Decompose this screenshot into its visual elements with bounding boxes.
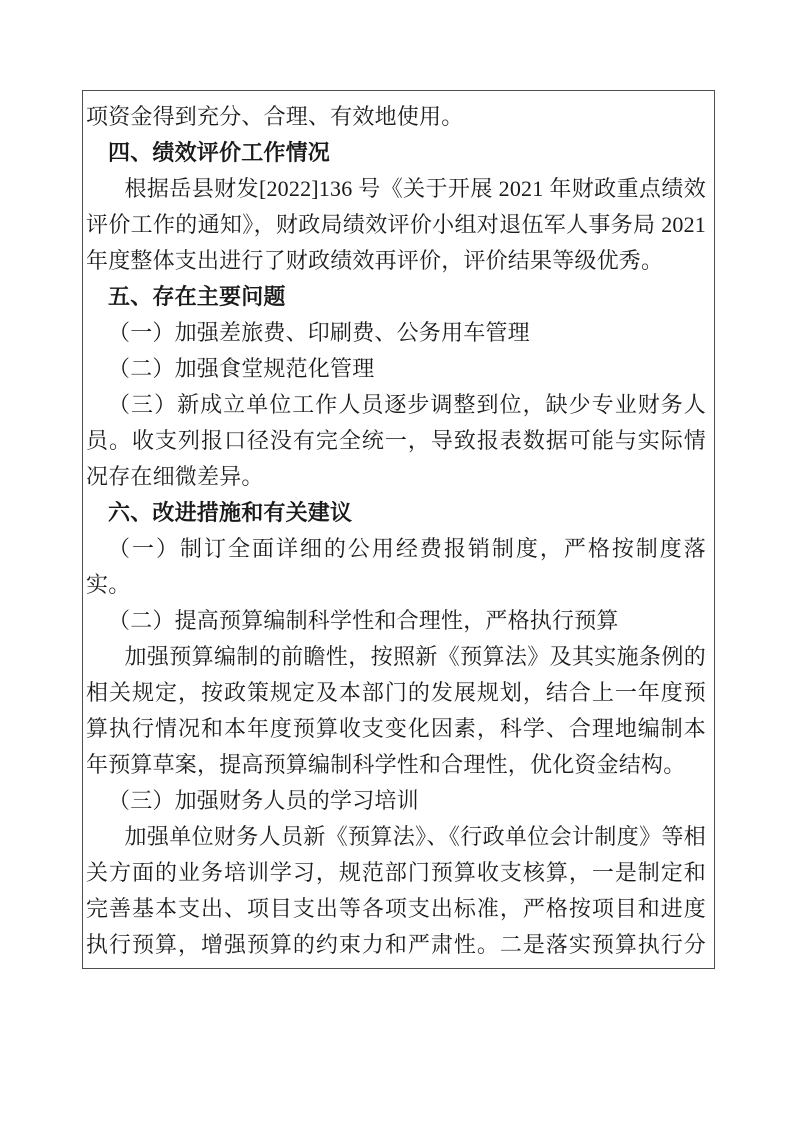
section-heading-6: 六、改进措施和有关建议 (86, 495, 706, 531)
section-heading-5: 五、存在主要问题 (86, 279, 706, 315)
section-5-item-3: （三）新成立单位工作人员逐步调整到位，缺少专业财务人员。收支列报口径没有完全统一… (86, 387, 706, 495)
section-5-item-2: （二）加强食堂规范化管理 (86, 351, 706, 387)
section-5-item-1: （一）加强差旅费、印刷费、公务用车管理 (86, 315, 706, 351)
section-6-item-2-paragraph: 加强预算编制的前瞻性，按照新《预算法》及其实施条例的相关规定，按政策规定及本部门… (86, 639, 706, 783)
section-6-item-1: （一）制订全面详细的公用经费报销制度，严格按制度落实。 (86, 531, 706, 603)
section-6-item-3-paragraph: 加强单位财务人员新《预算法》、《行政单位会计制度》等相关方面的业务培训学习，规范… (86, 819, 706, 969)
document-page: 项资金得到充分、合理、有效地使用。 四、绩效评价工作情况 根据岳县财发[2022… (0, 0, 793, 1122)
report-table-cell: 项资金得到充分、合理、有效地使用。 四、绩效评价工作情况 根据岳县财发[2022… (82, 90, 715, 969)
section-6-item-3: （三）加强财务人员的学习培训 (86, 783, 706, 819)
paragraph-carryover: 项资金得到充分、合理、有效地使用。 (86, 99, 706, 135)
section-heading-4: 四、绩效评价工作情况 (86, 135, 706, 171)
section-4-paragraph: 根据岳县财发[2022]136 号《关于开展 2021 年财政重点绩效评价工作的… (86, 171, 706, 279)
section-6-item-2: （二）提高预算编制科学性和合理性，严格执行预算 (86, 603, 706, 639)
